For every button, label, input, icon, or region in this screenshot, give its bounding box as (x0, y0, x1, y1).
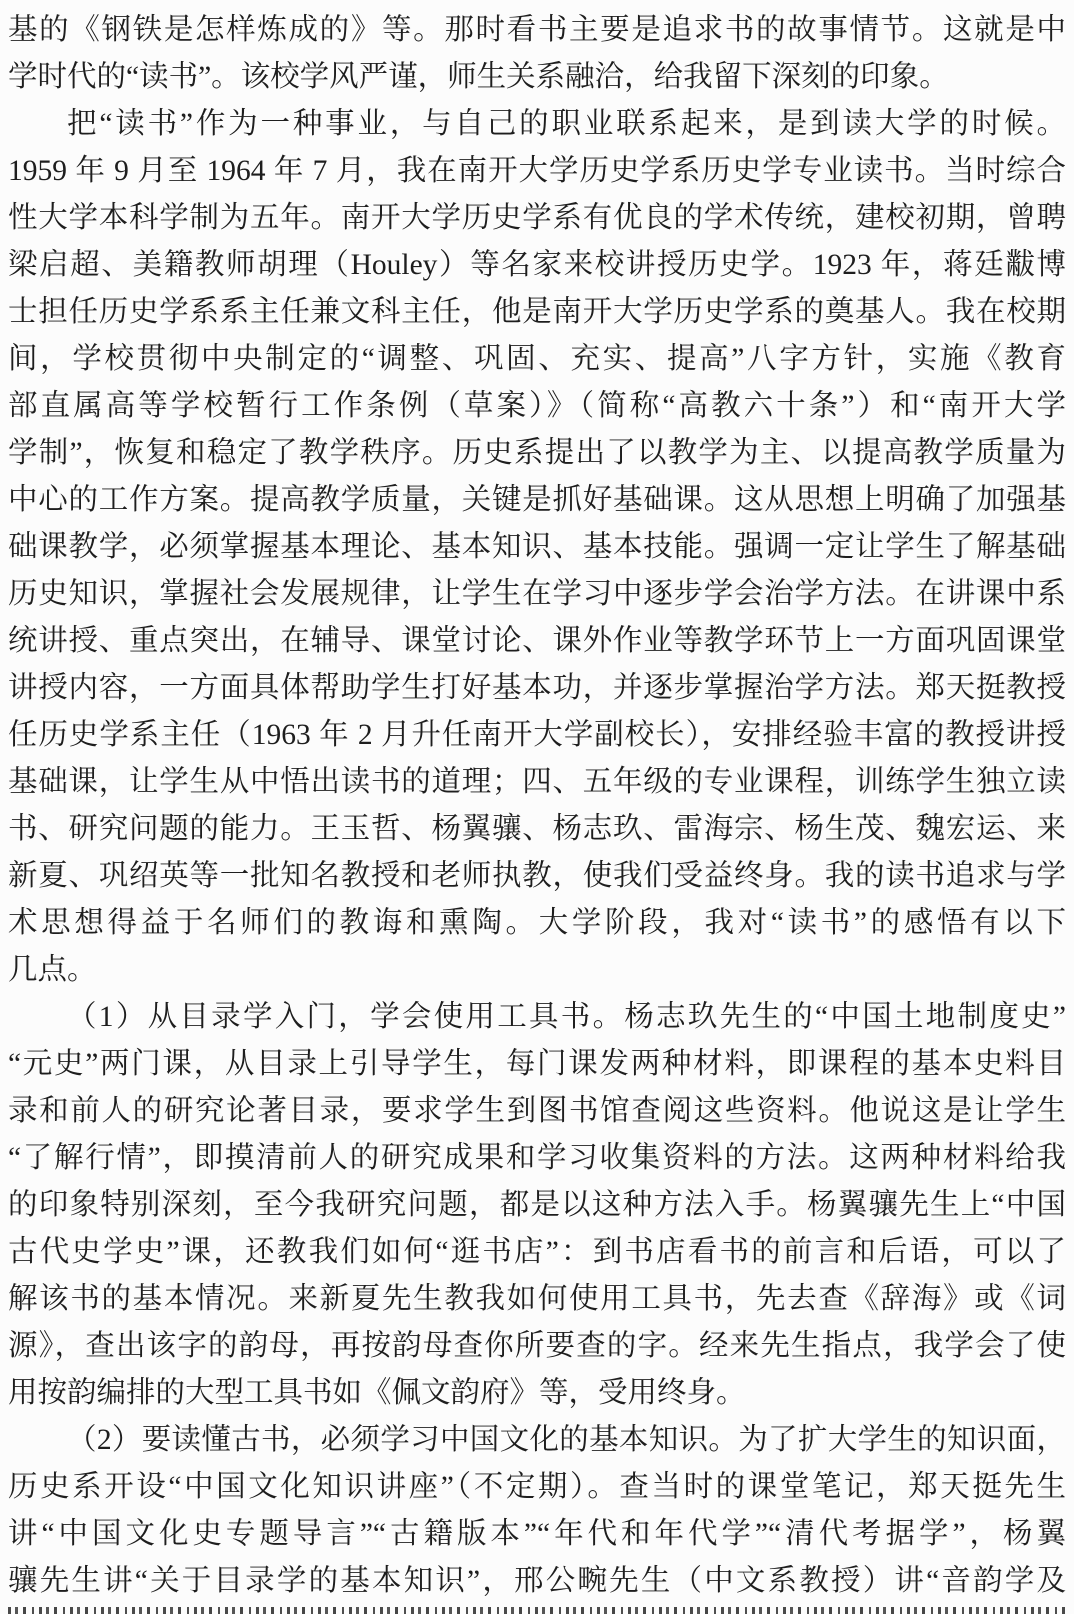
text-line-4: 1959 年 9 月至 1964 年 7 月，我在南开大学历史学系历史学专业读书… (8, 148, 1066, 195)
text-line-17: 基础课，让学生从中悟出读书的道理；四、五年级的专业课程，训练学生独立读 (8, 759, 1066, 806)
text-line-27: 古代史学史”课，还教我们如何“逛书店”：到书店看书的前言和后语，可以了 (8, 1229, 1066, 1276)
text-line-3: 把“读书”作为一种事业，与自己的职业联系起来，是到读大学的时候。 (8, 101, 1066, 148)
text-line-14: 统讲授、重点突出，在辅导、课堂讨论、课外作业等教学环节上一方面巩固课堂 (8, 618, 1066, 665)
text-line-25: “了解行情”，即摸清前人的研究成果和学习收集资料的方法。这两种材料给我 (8, 1135, 1066, 1182)
text-line-34: 骧先生讲“关于目录学的基本知识”，邢公畹先生（中文系教授）讲“音韵学及 (8, 1558, 1066, 1605)
text-line-12: 础课教学，必须掌握基本理论、基本知识、基本技能。强调一定让学生了解基础 (8, 524, 1066, 571)
text-line-24: 录和前人的研究论著目录，要求学生到图书馆查阅这些资料。他说这是让学生 (8, 1088, 1066, 1135)
text-block: 基的《钢铁是怎样炼成的》等。那时看书主要是追求书的故事情节。这就是中学时代的“读… (8, 7, 1066, 1605)
text-line-33: 讲“中国文化史专题导言”“古籍版本”“年代和年代学”“清代考据学”，杨翼 (8, 1511, 1066, 1558)
text-line-19: 新夏、巩绍英等一批知名教授和老师执教，使我们受益终身。我的读书追求与学 (8, 853, 1066, 900)
text-line-26: 的印象特别深刻，至今我研究问题，都是以这种方法入手。杨翼骧先生上“中国 (8, 1182, 1066, 1229)
text-line-1: 基的《钢铁是怎样炼成的》等。那时看书主要是追求书的故事情节。这就是中 (8, 7, 1066, 54)
text-line-9: 部直属高等学校暂行工作条例（草案）》（简称“高教六十条”）和“南开大学 (8, 383, 1066, 430)
text-line-29: 源》，查出该字的韵母，再按韵母查你所要查的字。经来先生指点，我学会了使 (8, 1323, 1066, 1370)
text-line-22: （1）从目录学入门，学会使用工具书。杨志玖先生的“中国土地制度史” (8, 994, 1066, 1041)
text-line-30: 用按韵编排的大型工具书如《佩文韵府》等，受用终身。 (8, 1370, 1066, 1417)
text-line-23: “元史”两门课，从目录上引导学生，每门课发两种材料，即课程的基本史料目 (8, 1041, 1066, 1088)
text-line-31: （2）要读懂古书，必须学习中国文化的基本知识。为了扩大学生的知识面， (8, 1417, 1066, 1464)
text-line-16: 任历史学系主任（1963 年 2 月升任南开大学副校长），安排经验丰富的教授讲授 (8, 712, 1066, 759)
text-line-6: 梁启超、美籍教师胡理（Houley）等名家来校讲授历史学。1923 年，蒋廷黻博 (8, 242, 1066, 289)
text-line-15: 讲授内容，一方面具体帮助学生打好基本功，并逐步掌握治学方法。郑天挺教授 (8, 665, 1066, 712)
text-line-21: 几点。 (8, 947, 1066, 994)
text-line-32: 历史系开设“中国文化知识讲座”（不定期）。查当时的课堂笔记，郑天挺先生 (8, 1464, 1066, 1511)
book-page: 基的《钢铁是怎样炼成的》等。那时看书主要是追求书的故事情节。这就是中学时代的“读… (0, 0, 1074, 1614)
text-line-13: 历史知识，掌握社会发展规律，让学生在学习中逐步学会治学方法。在讲课中系 (8, 571, 1066, 618)
text-line-28: 解该书的基本情况。来新夏先生教我如何使用工具书，先去查《辞海》或《词 (8, 1276, 1066, 1323)
text-line-2: 学时代的“读书”。该校学风严谨，师生关系融洽，给我留下深刻的印象。 (8, 54, 1066, 101)
text-line-20: 术思想得益于名师们的教诲和熏陶。大学阶段，我对“读书”的感悟有以下 (8, 900, 1066, 947)
text-line-5: 性大学本科学制为五年。南开大学历史学系有优良的学术传统，建校初期，曾聘 (8, 195, 1066, 242)
text-line-7: 士担任历史学系系主任兼文科主任，他是南开大学历史学系的奠基人。我在校期 (8, 289, 1066, 336)
text-line-11: 中心的工作方案。提高教学质量，关键是抓好基础课。这从思想上明确了加强基 (8, 477, 1066, 524)
clipped-next-line-sliver (8, 1607, 1066, 1614)
text-line-18: 书、研究问题的能力。王玉哲、杨翼骧、杨志玖、雷海宗、杨生茂、魏宏运、来 (8, 806, 1066, 853)
text-line-8: 间，学校贯彻中央制定的“调整、巩固、充实、提高”八字方针，实施《教育 (8, 336, 1066, 383)
text-line-10: 学制”，恢复和稳定了教学秩序。历史系提出了以教学为主、以提高教学质量为 (8, 430, 1066, 477)
